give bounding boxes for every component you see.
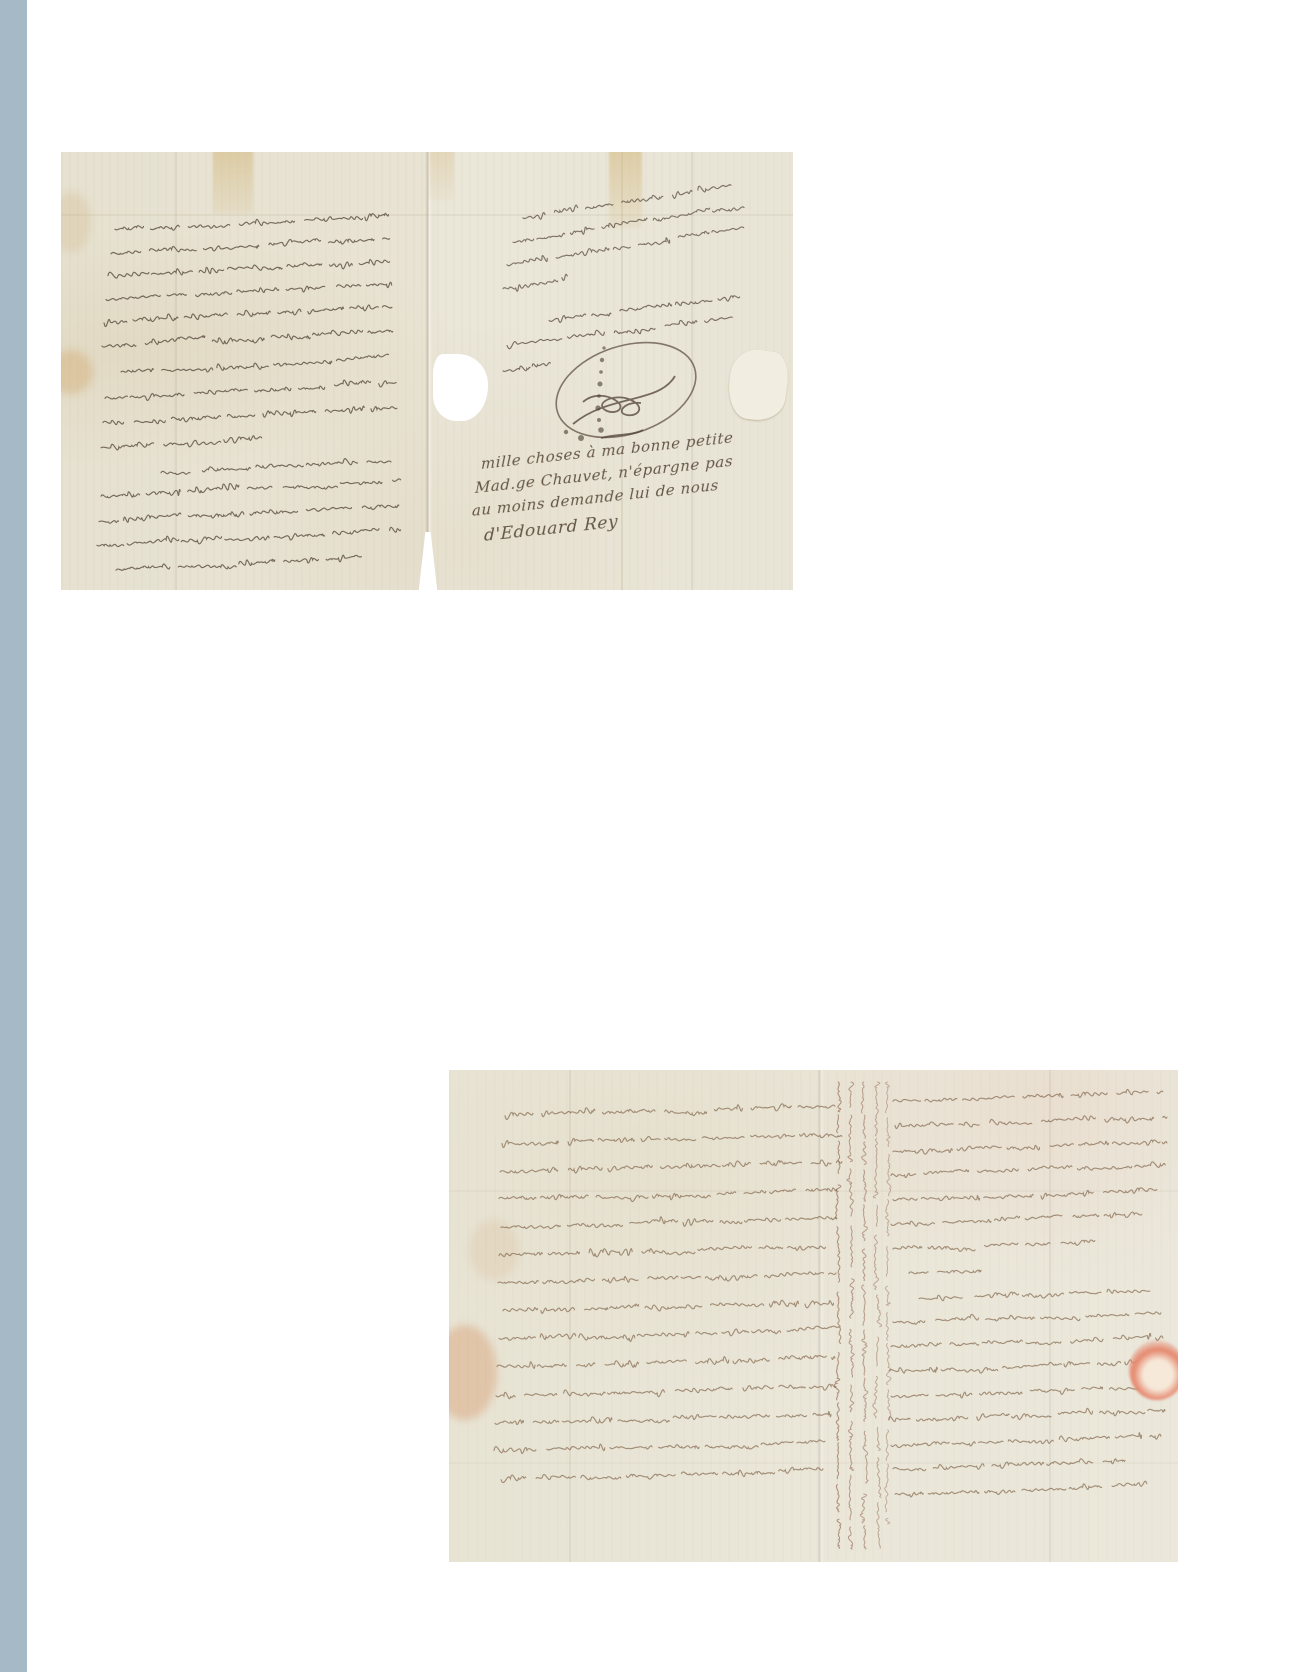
ink-splatter [564, 430, 568, 434]
ink-splatter [578, 435, 584, 441]
ink-splatter [599, 370, 603, 374]
ink-splatter [598, 382, 603, 387]
ink-splatter [597, 394, 601, 398]
torn-hole [433, 354, 488, 421]
letter-photo-top: mille choses à ma bonne petite Mad.ge Ch… [61, 152, 793, 590]
catalog-page: mille choses à ma bonne petite Mad.ge Ch… [0, 0, 1301, 1672]
ink-splatter [600, 358, 604, 362]
ink-splatter [602, 346, 605, 349]
ink-splatter [598, 427, 604, 433]
letter-photo-bottom [449, 1070, 1178, 1562]
page-edge-bar [0, 0, 27, 1672]
ink-splatter [595, 405, 600, 410]
wax-seal-residue [1129, 1340, 1178, 1400]
ink-splatter [597, 418, 601, 422]
